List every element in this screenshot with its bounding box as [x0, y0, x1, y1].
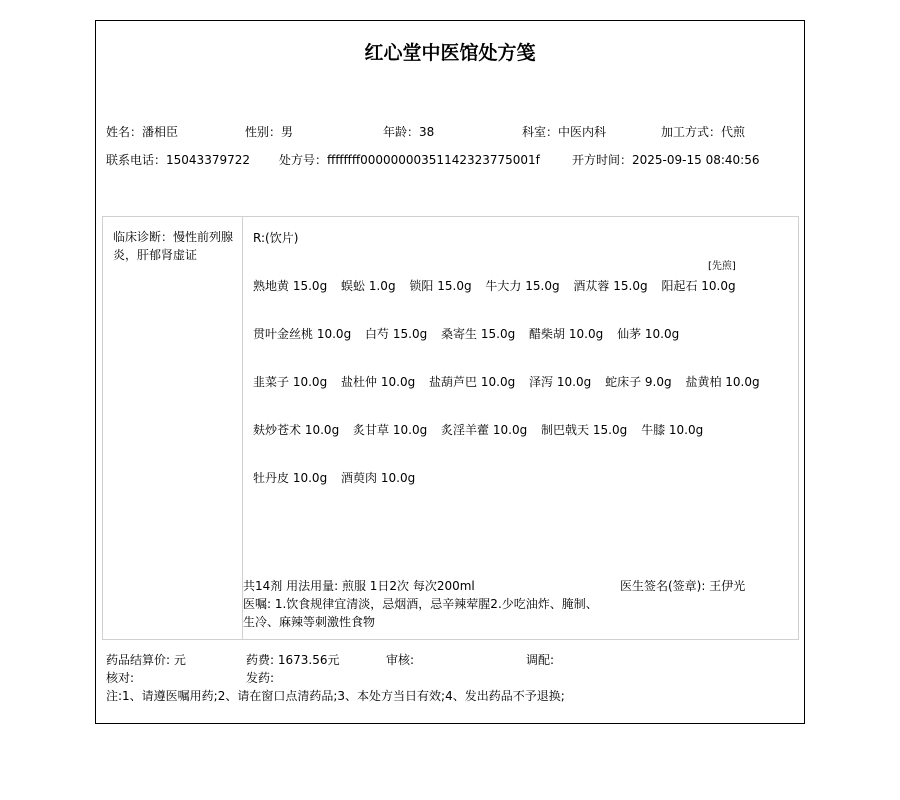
prescription-number: 处方号：ffffffff00000000351142323775001f — [279, 151, 540, 168]
herb-item: 制巴戟天 15.0g — [541, 423, 627, 437]
doctor-signature: 医生签名(签章): 王伊光 — [620, 577, 745, 594]
herb-item: 牛大力 15.0g — [485, 279, 559, 293]
age-value: 38 — [419, 125, 434, 139]
herb-item: 熟地黄 15.0g — [253, 279, 327, 293]
prescription-box: 临床诊断：慢性前列腺炎，肝郁肾虚证 R:(饮片) [先煎] 熟地黄 15.0g … — [102, 216, 799, 640]
patient-gender: 性别：男 — [245, 123, 293, 140]
herb-item: 盐葫芦巴 10.0g — [429, 375, 515, 389]
rx-time-value: 2025-09-15 08:40:56 — [632, 153, 759, 167]
prescription-time: 开方时间：2025-09-15 08:40:56 — [572, 151, 759, 168]
patient-phone: 联系电话：15043379722 — [106, 151, 250, 168]
advice-label: 医嘱: — [243, 597, 275, 611]
usage-dosage: 共14剂 用法用量: 煎服 1日2次 每次200ml — [243, 577, 475, 594]
diagnosis-label: 临床诊断： — [113, 230, 173, 244]
diagnosis: 临床诊断：慢性前列腺炎，肝郁肾虚证 — [113, 228, 235, 264]
gender-value: 男 — [281, 125, 293, 139]
issue-field: 发药: — [246, 669, 274, 686]
herb-item: 盐黄柏 10.0g — [685, 375, 759, 389]
age-label: 年龄： — [383, 125, 419, 139]
prescription-sheet: 红心堂中医馆处方笺 姓名：潘相臣 性别：男 年龄：38 科室：中医内科 加工方式… — [95, 20, 805, 724]
herb-item: 贯叶金丝桃 10.0g — [253, 327, 351, 341]
patient-department: 科室：中医内科 — [522, 123, 606, 140]
phone-label: 联系电话： — [106, 153, 166, 167]
herb-item: 白芍 15.0g — [365, 327, 427, 341]
herb-row: 贯叶金丝桃 10.0g 白芍 15.0g 桑寄生 15.0g 醋柴胡 10.0g… — [253, 325, 689, 342]
advice-text: 1.饮食规律宜清淡，忌烟酒，忌辛辣荤腥2.少吃油炸、腌制、生冷、麻辣等刺激性食物 — [243, 597, 598, 629]
footer-notes: 注:1、请遵医嘱用药;2、请在窗口点清药品;3、本处方当日有效;4、发出药品不予… — [106, 687, 565, 704]
patient-info-row-1: 姓名：潘相臣 性别：男 年龄：38 科室：中医内科 加工方式：代煎 — [106, 123, 796, 139]
herb-item: 蛇床子 9.0g — [605, 375, 672, 389]
rx-type-label: R:(饮片) — [253, 229, 298, 246]
herb-item: 韭菜子 10.0g — [253, 375, 327, 389]
settlement-price: 药品结算价: 元 — [106, 651, 186, 668]
herb-item: 麸炒苍术 10.0g — [253, 423, 339, 437]
name-label: 姓名： — [106, 125, 142, 139]
herb-item: 仙茅 10.0g — [617, 327, 679, 341]
herb-row: 牡丹皮 10.0g 酒萸肉 10.0g — [253, 469, 425, 486]
processing-value: 代煎 — [721, 125, 745, 139]
dispense-field: 调配: — [526, 651, 554, 668]
department-label: 科室： — [522, 125, 558, 139]
herb-row: 麸炒苍术 10.0g 炙甘草 10.0g 炙淫羊藿 10.0g 制巴戟天 15.… — [253, 421, 713, 438]
patient-name: 姓名：潘相臣 — [106, 123, 178, 140]
check-field: 核对: — [106, 669, 134, 686]
name-value: 潘相臣 — [142, 125, 178, 139]
signature-label: 医生签名(签章): — [620, 579, 709, 593]
decoct-first-tag: [先煎] — [708, 257, 736, 272]
herb-item: 锁阳 15.0g — [409, 279, 471, 293]
herb-item: 酒萸肉 10.0g — [341, 471, 415, 485]
review-field: 审核: — [386, 651, 414, 668]
diagnosis-column: 临床诊断：慢性前列腺炎，肝郁肾虚证 — [103, 217, 243, 639]
herb-item: 盐杜仲 10.0g — [341, 375, 415, 389]
herb-item: 牡丹皮 10.0g — [253, 471, 327, 485]
herb-item: 蜈蚣 1.0g — [341, 279, 396, 293]
processing-label: 加工方式： — [661, 125, 721, 139]
herb-item: 酒苁蓉 15.0g — [573, 279, 647, 293]
herb-item: 醋柴胡 10.0g — [529, 327, 603, 341]
herb-item: 牛膝 10.0g — [641, 423, 703, 437]
rx-no-label: 处方号： — [279, 153, 327, 167]
processing-method: 加工方式：代煎 — [661, 123, 745, 140]
drug-fee: 药费: 1673.56元 — [246, 651, 339, 668]
gender-label: 性别： — [245, 125, 281, 139]
herb-item: 炙淫羊藿 10.0g — [441, 423, 527, 437]
signature-value: 王伊光 — [709, 579, 745, 593]
rx-time-label: 开方时间： — [572, 153, 632, 167]
herb-row: 熟地黄 15.0g 蜈蚣 1.0g 锁阳 15.0g 牛大力 15.0g 酒苁蓉… — [253, 277, 746, 294]
herb-item: 桑寄生 15.0g — [441, 327, 515, 341]
department-value: 中医内科 — [558, 125, 606, 139]
herb-item: 炙甘草 10.0g — [353, 423, 427, 437]
herb-item: 泽泻 10.0g — [529, 375, 591, 389]
herb-row: 韭菜子 10.0g 盐杜仲 10.0g 盐葫芦巴 10.0g 泽泻 10.0g … — [253, 373, 770, 390]
medical-advice: 医嘱: 1.饮食规律宜清淡，忌烟酒，忌辛辣荤腥2.少吃油炸、腌制、生冷、麻辣等刺… — [243, 595, 603, 631]
page-title: 红心堂中医馆处方笺 — [96, 38, 804, 65]
phone-value: 15043379722 — [166, 153, 250, 167]
patient-age: 年龄：38 — [383, 123, 434, 140]
patient-info-row-2: 联系电话：15043379722 处方号：ffffffff00000000351… — [106, 151, 796, 167]
herb-item: 阳起石 10.0g — [661, 279, 735, 293]
rx-no-value: ffffffff00000000351142323775001f — [327, 153, 540, 167]
